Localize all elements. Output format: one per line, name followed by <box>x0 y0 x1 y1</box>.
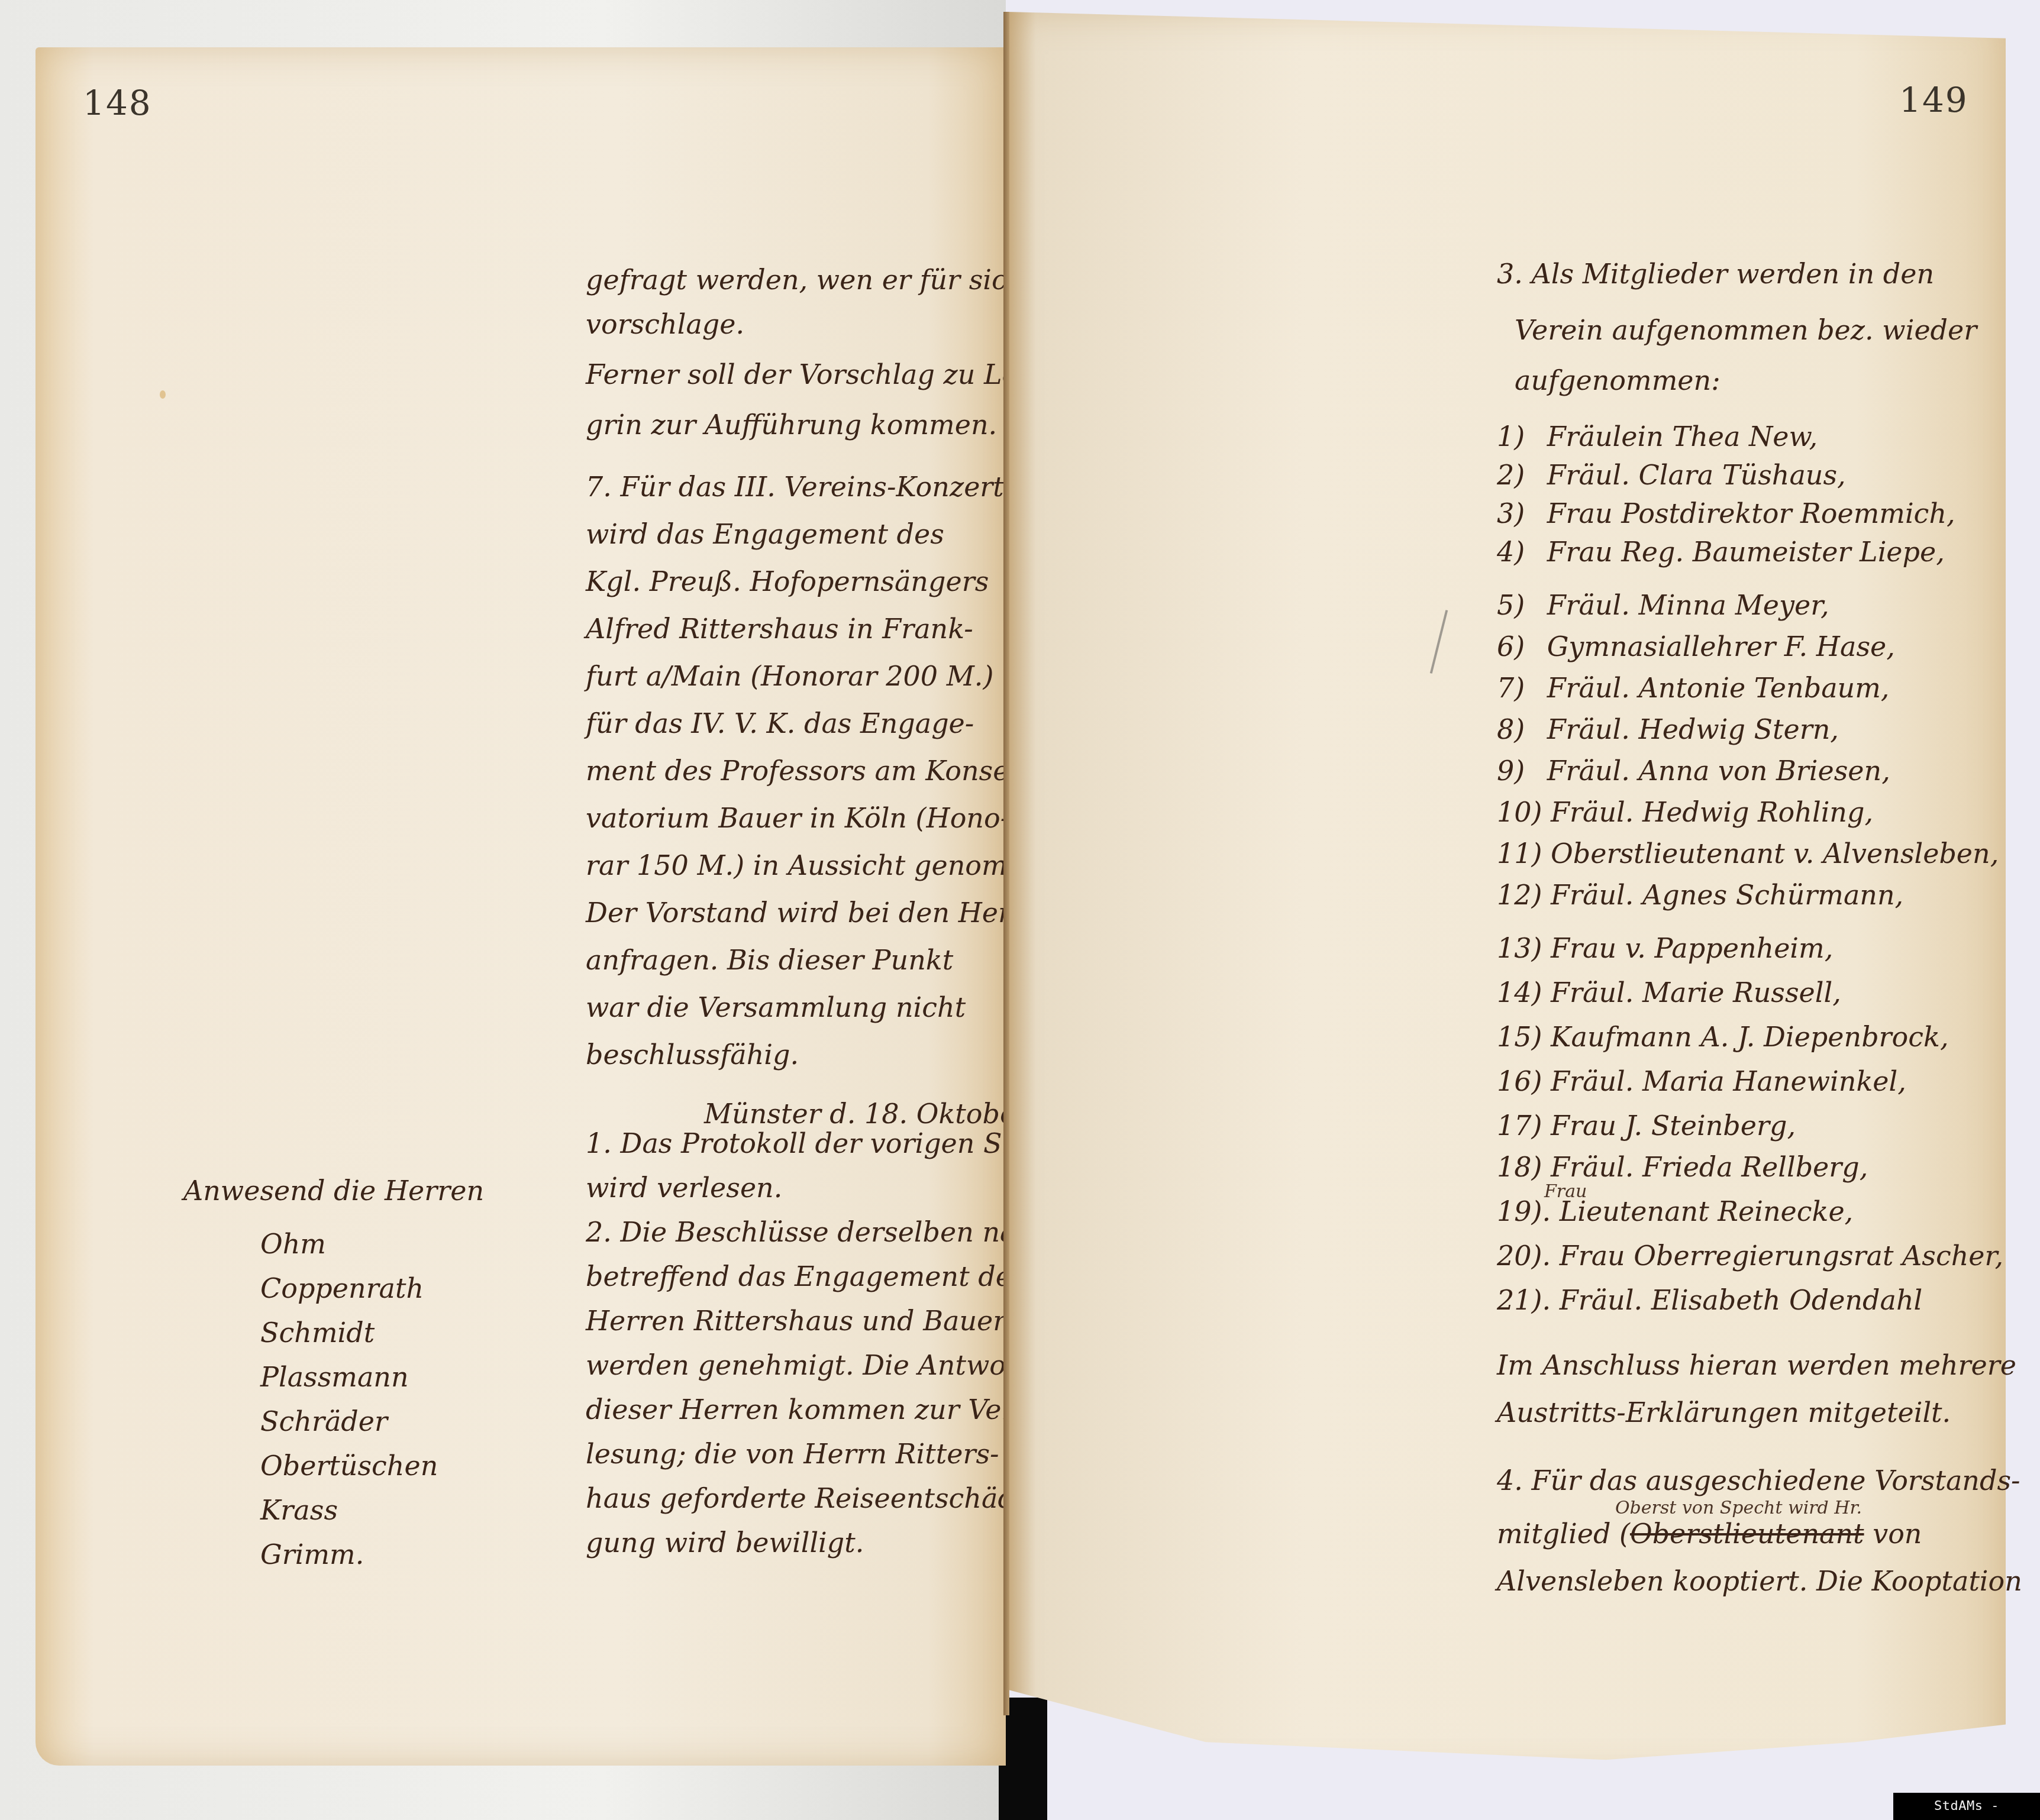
member-number: 13) <box>1497 935 1542 962</box>
body-line: furt a/Main (Honorar 200 M.) <box>586 662 993 690</box>
member-row: 19). Lieutenant Reinecke, <box>1497 1198 1853 1225</box>
member-name: Fräul. Agnes Schürmann, <box>1551 879 1903 911</box>
body-line: anfragen. Bis dieser Punkt <box>586 946 953 974</box>
session-item: 2. Die Beschlüsse derselben näher <box>586 1218 1063 1246</box>
member-name: Frau Oberregierungsrat Ascher, <box>1560 1240 2003 1272</box>
body-line: rar 150 M.) in Aussicht genommen. <box>586 852 1076 879</box>
member-row: 15) Kaufmann A. J. Diepenbrock, <box>1497 1023 1949 1050</box>
member-row: 13) Frau v. Pappenheim, <box>1497 935 1833 962</box>
session-item: gung wird bewilligt. <box>586 1529 864 1556</box>
member-number: 10) <box>1497 799 1542 826</box>
member-number: 8) <box>1497 716 1538 743</box>
attendance-list: Anwesend die Herren Ohm Coppenrath Schmi… <box>183 1177 484 1204</box>
member-name: Fräulein Thea New, <box>1547 421 1818 452</box>
member-row: 6) Gymnasiallehrer F. Hase, <box>1497 633 1895 660</box>
item4-line: 4. Für das ausgeschiedene Vorstands- <box>1497 1467 2020 1494</box>
page-number-right: 149 <box>1899 80 1968 120</box>
session-item: dieser Herren kommen zur Ver- <box>586 1396 1024 1423</box>
item3-line: Verein aufgenommen bez. wieder <box>1515 316 1977 344</box>
member-number: 16) <box>1497 1068 1542 1095</box>
body-line: wird das Engagement des <box>586 521 944 548</box>
member-row: 2) Fräul. Clara Tüshaus, <box>1497 461 1846 489</box>
body-line: vorschlage. <box>586 311 744 338</box>
attendee: Obertüschen <box>260 1452 438 1496</box>
scan-identifier-label: StdAMs - MV_004_191 <box>1893 1793 2040 1820</box>
member-name: Frau Reg. Baumeister Liepe, <box>1547 536 1945 568</box>
member-number: 15) <box>1497 1023 1542 1050</box>
session-item: betreffend das Engagement der <box>586 1263 1025 1290</box>
body-line: ment des Professors am Konser- <box>586 757 1031 784</box>
member-name: Fräul. Elisabeth Odendahl <box>1560 1284 1923 1316</box>
member-number: 20). <box>1497 1242 1551 1269</box>
member-number: 19). <box>1497 1198 1551 1225</box>
attendee: Coppenrath <box>260 1275 438 1319</box>
member-row: 16) Fräul. Maria Hanewinkel, <box>1497 1068 1906 1095</box>
member-name: Fräul. Maria Hanewinkel, <box>1551 1065 1906 1097</box>
member-name: Oberstlieutenant v. Alvensleben, <box>1551 838 1999 869</box>
attendee: Ohm <box>260 1230 438 1275</box>
member-name: Fräul. Frieda Rellberg, <box>1551 1151 1868 1183</box>
member-number: 5) <box>1497 591 1538 619</box>
attendance-heading: Anwesend die Herren <box>183 1177 484 1204</box>
member-number: 12) <box>1497 881 1542 909</box>
member-number: 1) <box>1497 423 1538 450</box>
closing-line: Im Anschluss hieran werden mehrere <box>1497 1352 2016 1379</box>
member-number: 21). <box>1497 1286 1551 1314</box>
book-spine <box>999 1698 1047 1820</box>
member-number: 11) <box>1497 840 1542 867</box>
member-name: Fräul. Anna von Briesen, <box>1547 755 1890 787</box>
member-name: Fräul. Hedwig Rohling, <box>1551 796 1873 828</box>
page-gutter <box>1003 12 1009 1715</box>
attendee: Schmidt <box>260 1319 438 1363</box>
item4-text: mitglied ( <box>1497 1518 1630 1550</box>
session-item: Herren Rittershaus und Bauer <box>586 1307 1006 1334</box>
attendee: Schräder <box>260 1408 438 1452</box>
member-number: 18) <box>1497 1153 1542 1181</box>
member-name: Lieutenant Reinecke, <box>1560 1195 1854 1227</box>
member-name: Fräul. Minna Meyer, <box>1547 589 1829 621</box>
member-number: 6) <box>1497 633 1538 660</box>
member-number: 3) <box>1497 500 1538 527</box>
attendee: Grimm. <box>260 1541 438 1585</box>
closing-line: Austritts-Erklärungen mitgeteilt. <box>1497 1399 1951 1426</box>
member-row: 21). Fräul. Elisabeth Odendahl <box>1497 1286 1922 1314</box>
item4-line: mitglied (Oberstlieutenant von <box>1497 1520 1922 1547</box>
member-number: 9) <box>1497 757 1538 784</box>
member-name: Fräul. Marie Russell, <box>1551 977 1841 1008</box>
body-line: gefragt werden, wen er für sich <box>586 266 1024 293</box>
member-number: 4) <box>1497 538 1538 565</box>
item4-line: Alvensleben kooptiert. Die Kooptation <box>1497 1567 2022 1595</box>
member-name: Kaufmann A. J. Diepenbrock, <box>1551 1021 1948 1053</box>
member-name: Frau J. Steinberg, <box>1551 1110 1796 1142</box>
member-row: 4) Frau Reg. Baumeister Liepe, <box>1497 538 1945 565</box>
member-number: 14) <box>1497 979 1542 1006</box>
item3-line: aufgenommen: <box>1515 367 1721 394</box>
attendee: Plassmann <box>260 1363 438 1408</box>
session-item: wird verlesen. <box>586 1174 782 1201</box>
member-name: Fräul. Antonie Tenbaum, <box>1547 672 1890 704</box>
member-name: Frau v. Pappenheim, <box>1551 932 1833 964</box>
member-name: Fräul. Hedwig Stern, <box>1547 713 1839 745</box>
member-row: 14) Fräul. Marie Russell, <box>1497 979 1841 1006</box>
member-row: 12) Fräul. Agnes Schürmann, <box>1497 881 1903 909</box>
session-item: werden genehmigt. Die Antworten <box>586 1352 1063 1379</box>
paper-stain <box>160 390 166 399</box>
session-item: lesung; die von Herrn Ritters- <box>586 1440 999 1467</box>
session-item: haus geforderte Reiseentschädi- <box>586 1485 1033 1512</box>
member-number: 2) <box>1497 461 1538 489</box>
member-row: 8) Fräul. Hedwig Stern, <box>1497 716 1839 743</box>
body-line: war die Versammlung nicht <box>586 994 966 1021</box>
attendance-names: Ohm Coppenrath Schmidt Plassmann Schräde… <box>260 1230 438 1585</box>
body-line: Kgl. Preuß. Hofopernsängers <box>586 568 989 595</box>
member-row: 3) Frau Postdirektor Roemmich, <box>1497 500 1955 527</box>
body-line: für das IV. V. K. das Engage- <box>586 710 974 737</box>
member-row: 9) Fräul. Anna von Briesen, <box>1497 757 1890 784</box>
body-line: 7. Für das III. Vereins-Konzert <box>586 473 1004 500</box>
member-number: 17) <box>1497 1112 1542 1139</box>
member-row: 18) Fräul. Frieda Rellberg, <box>1497 1153 1868 1181</box>
body-line: grin zur Aufführung kommen. <box>586 411 997 438</box>
member-row: 10) Fräul. Hedwig Rohling, <box>1497 799 1873 826</box>
item4-text: von <box>1864 1518 1922 1550</box>
body-line: Der Vorstand wird bei den Herren <box>586 899 1058 926</box>
struck-text: Oberstlieutenant <box>1630 1518 1864 1550</box>
member-name: Gymnasiallehrer F. Hase, <box>1547 631 1895 662</box>
member-number: 7) <box>1497 674 1538 702</box>
member-row: 20). Frau Oberregierungsrat Ascher, <box>1497 1242 2003 1269</box>
page-number-left: 148 <box>83 83 152 123</box>
insertion-note: Oberst von Specht wird Hr. <box>1615 1499 1862 1517</box>
attendee: Krass <box>260 1496 438 1541</box>
member-row: 1) Fräulein Thea New, <box>1497 423 1818 450</box>
member-row: 11) Oberstlieutenant v. Alvensleben, <box>1497 840 1999 867</box>
body-line: Alfred Rittershaus in Frank- <box>586 615 973 642</box>
member-row: 7) Fräul. Antonie Tenbaum, <box>1497 674 1889 702</box>
member-row: 17) Frau J. Steinberg, <box>1497 1112 1796 1139</box>
member-name: Frau Postdirektor Roemmich, <box>1547 497 1955 529</box>
body-line: vatorium Bauer in Köln (Hono- <box>586 804 1009 832</box>
body-line: beschlussfähig. <box>586 1041 799 1068</box>
item3-line: 3. Als Mitglieder werden in den <box>1497 260 1934 287</box>
member-name: Fräul. Clara Tüshaus, <box>1547 459 1846 491</box>
member-row: 5) Fräul. Minna Meyer, <box>1497 591 1829 619</box>
